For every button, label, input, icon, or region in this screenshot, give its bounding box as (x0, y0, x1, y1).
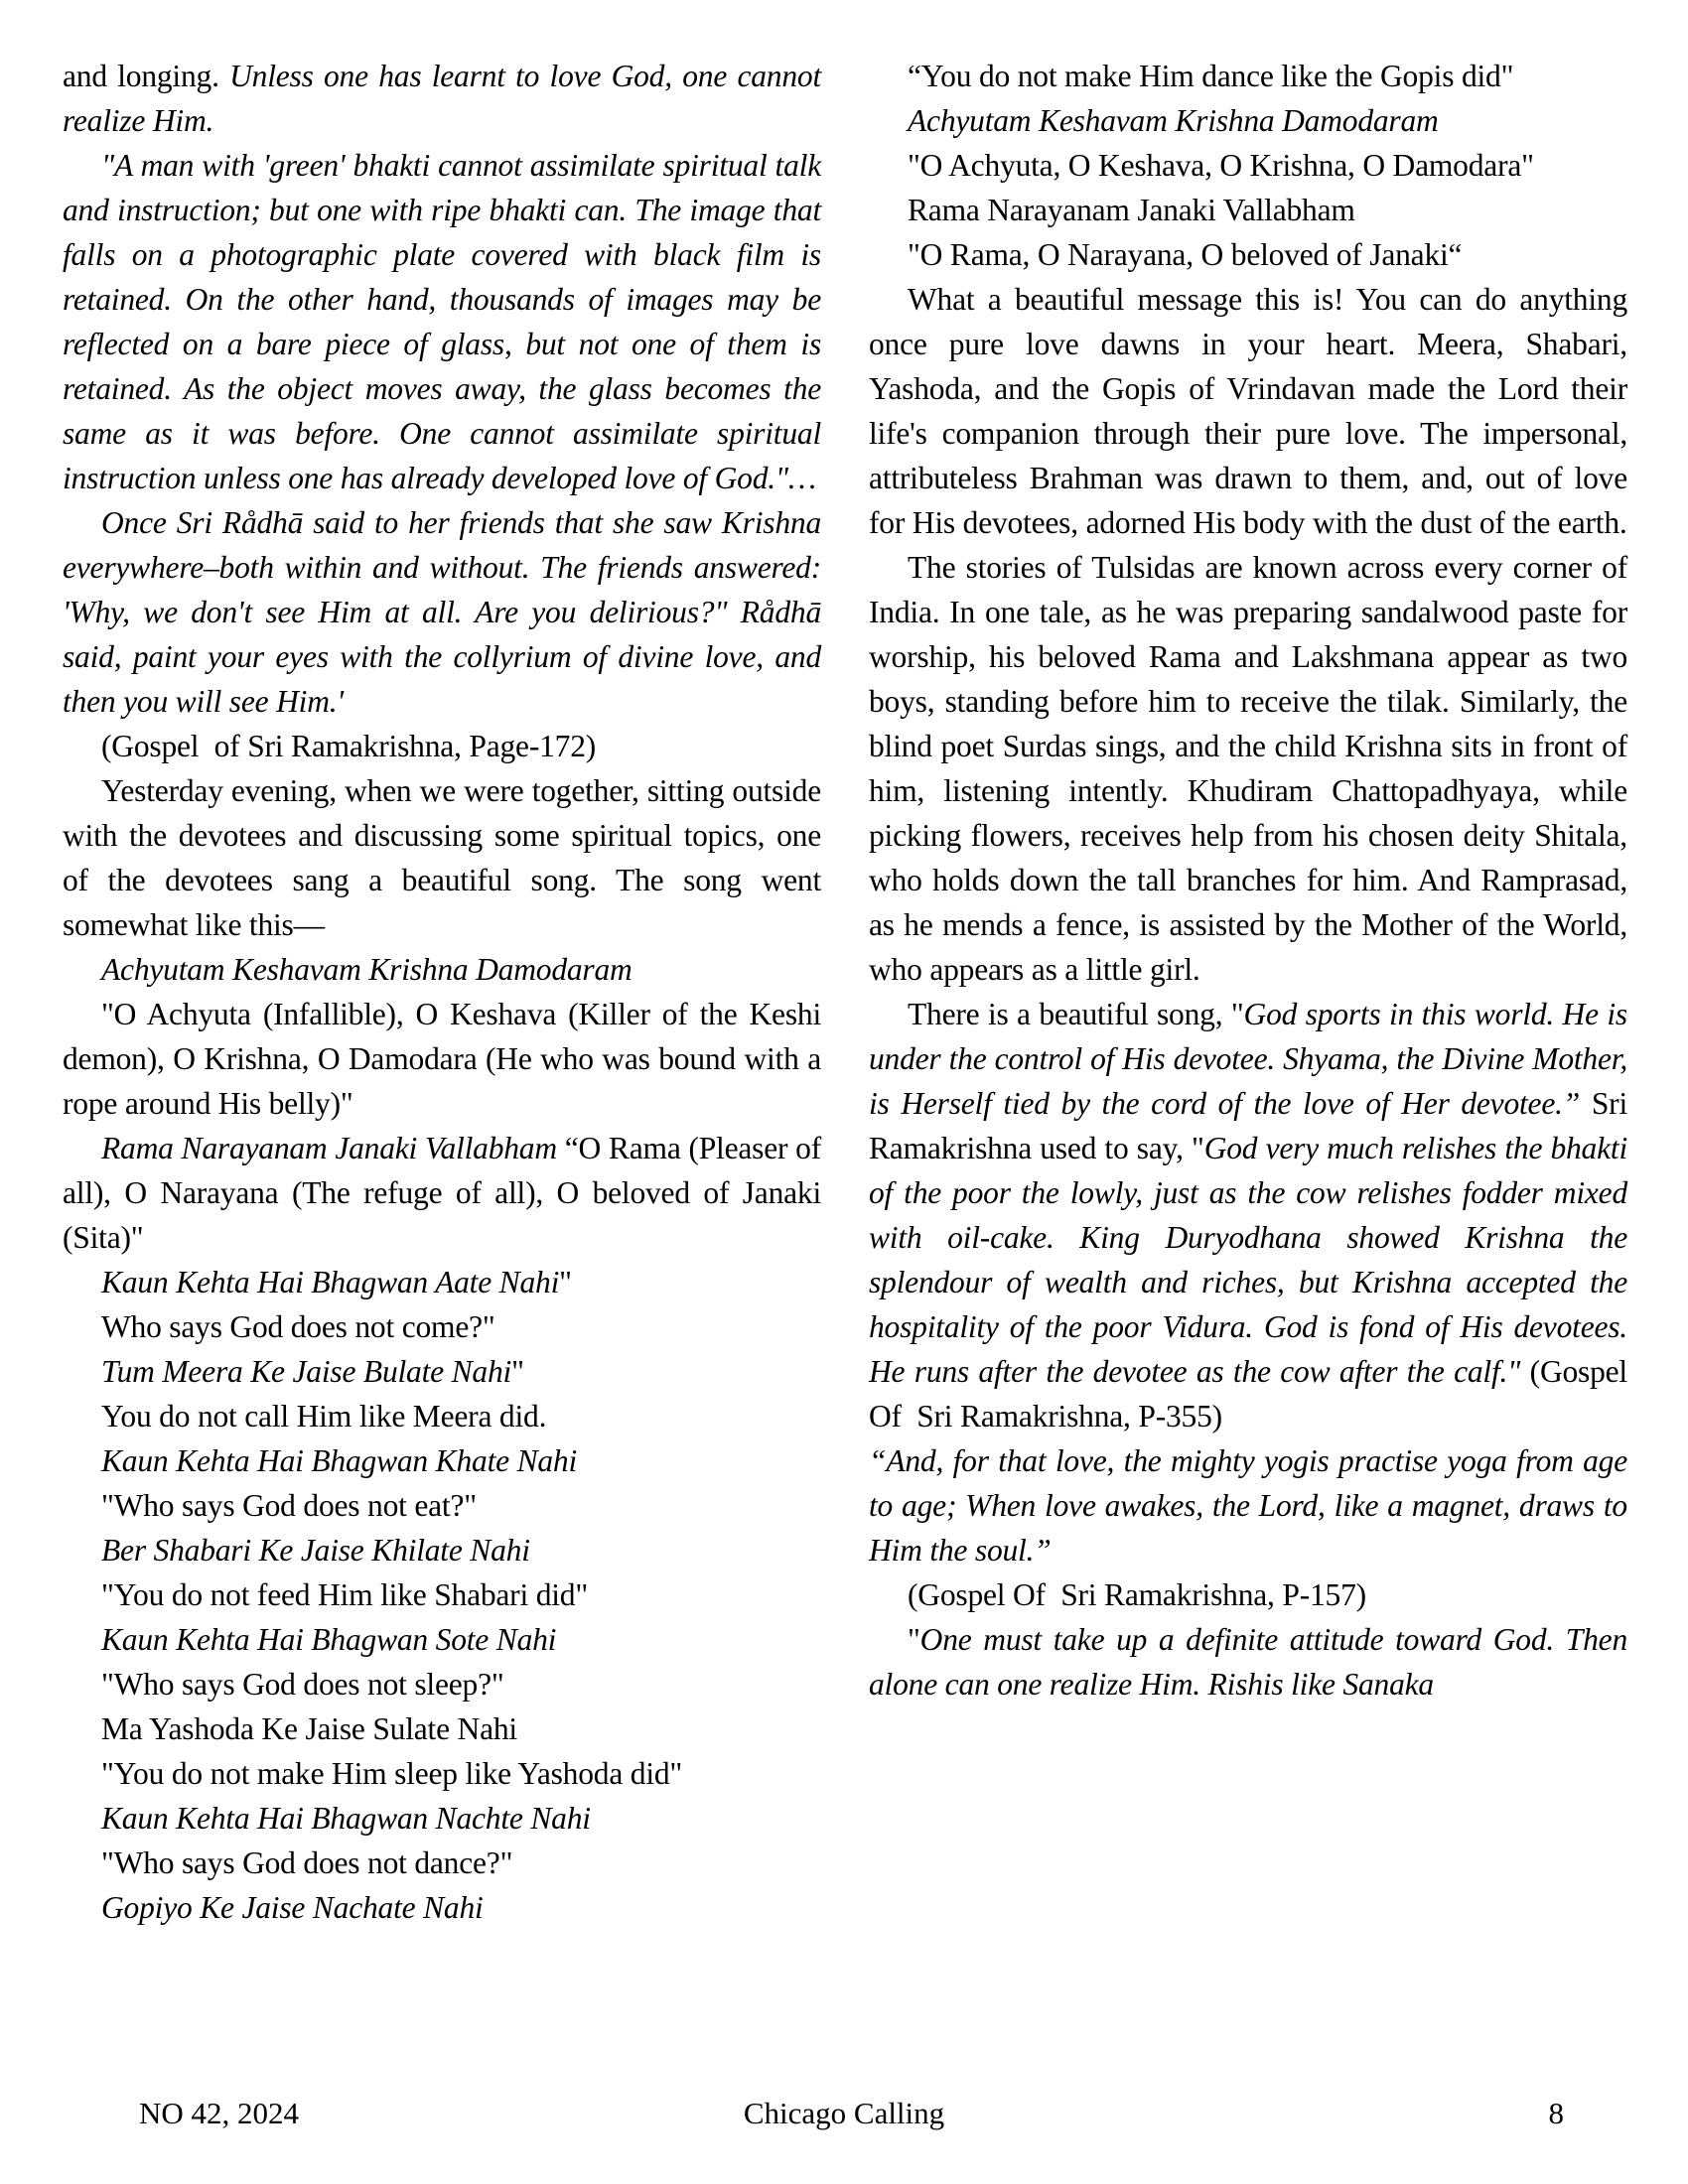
paragraph: (Gospel Of Sri Ramakrishna, P-157) (869, 1572, 1627, 1617)
paragraph: "One must take up a definite attitude to… (869, 1617, 1627, 1706)
text-segment: " (511, 1354, 524, 1389)
paragraph: "A man with 'green' bhakti cannot assimi… (63, 143, 821, 500)
paragraph: (Gospel of Sri Ramakrishna, Page-172) (63, 724, 821, 768)
text-segment: You do not call Him like Meera did. (101, 1399, 546, 1433)
italic-text-segment: Kaun Kehta Hai Bhagwan Nachte Nahi (101, 1801, 591, 1836)
italic-text-segment: God very much relishes the bhakti of the… (869, 1131, 1627, 1389)
italic-text-segment: Rama Narayanam Janaki Vallabham (101, 1131, 557, 1165)
paragraph: Ber Shabari Ke Jaise Khilate Nahi (63, 1528, 821, 1572)
paragraph: Rama Narayanam Janaki Vallabham (869, 188, 1627, 232)
text-segment: "Who says God does not sleep?" (101, 1667, 504, 1702)
paragraph: "O Achyuta, O Keshava, O Krishna, O Damo… (869, 143, 1627, 188)
text-segment: "You do not feed Him like Shabari did" (101, 1577, 588, 1612)
two-column-text-area: and longing. Unless one has learnt to lo… (63, 54, 1628, 1930)
paragraph: Once Sri Rådhā said to her friends that … (63, 500, 821, 724)
paragraph: Kaun Kehta Hai Bhagwan Aate Nahi" (63, 1260, 821, 1304)
text-segment: The stories of Tulsidas are known across… (869, 550, 1627, 987)
paragraph: "Who says God does not eat?" (63, 1483, 821, 1528)
paragraph: "Who says God does not sleep?" (63, 1662, 821, 1706)
italic-text-segment: Kaun Kehta Hai Bhagwan Sote Nahi (101, 1622, 556, 1657)
paragraph: "O Achyuta (Infallible), O Keshava (Kill… (63, 992, 821, 1126)
text-segment: (Gospel Of Sri Ramakrishna, P-157) (908, 1577, 1366, 1612)
paragraph: You do not call Him like Meera did. (63, 1394, 821, 1438)
paragraph: Achyutam Keshavam Krishna Damodaram (63, 947, 821, 992)
italic-text-segment: Tum Meera Ke Jaise Bulate Nahi (101, 1354, 511, 1389)
text-segment: "O Rama, O Narayana, O beloved of Janaki… (908, 237, 1462, 272)
text-segment: "Who says God does not eat?" (101, 1488, 477, 1523)
paragraph: "Who says God does not dance?" (63, 1841, 821, 1885)
text-segment: What a beautiful message this is! You ca… (869, 282, 1627, 540)
text-segment: " (908, 1622, 920, 1657)
footer-publication-title: Chicago Calling (0, 2091, 1688, 2135)
text-segment: Ma Yashoda Ke Jaise Sulate Nahi (101, 1711, 517, 1746)
italic-text-segment: Ber Shabari Ke Jaise Khilate Nahi (101, 1533, 530, 1568)
paragraph: Who says God does not come?" (63, 1304, 821, 1349)
paragraph: Kaun Kehta Hai Bhagwan Khate Nahi (63, 1438, 821, 1483)
paragraph: Achyutam Keshavam Krishna Damodaram (869, 98, 1627, 143)
paragraph: Kaun Kehta Hai Bhagwan Sote Nahi (63, 1617, 821, 1662)
text-column-left: and longing. Unless one has learnt to lo… (63, 54, 821, 1930)
paragraph: “And, for that love, the mighty yogis pr… (869, 1438, 1627, 1572)
paragraph: What a beautiful message this is! You ca… (869, 277, 1627, 545)
paragraph: Yesterday evening, when we were together… (63, 768, 821, 947)
paragraph: “You do not make Him dance like the Gopi… (869, 54, 1627, 98)
italic-text-segment: Kaun Kehta Hai Bhagwan Khate Nahi (101, 1443, 577, 1478)
paragraph: The stories of Tulsidas are known across… (869, 545, 1627, 992)
text-segment: and longing. (63, 59, 229, 93)
paragraph: "You do not feed Him like Shabari did" (63, 1572, 821, 1617)
page-footer: NO 42, 2024 Chicago Calling 8 (0, 2091, 1688, 2140)
text-segment: " (559, 1265, 572, 1299)
italic-text-segment: Kaun Kehta Hai Bhagwan Aate Nahi (101, 1265, 559, 1299)
text-segment: "Who says God does not dance?" (101, 1845, 512, 1880)
text-column-right: “You do not make Him dance like the Gopi… (869, 54, 1627, 1930)
paragraph: Tum Meera Ke Jaise Bulate Nahi" (63, 1349, 821, 1394)
text-segment: Yesterday evening, when we were together… (63, 773, 821, 942)
text-segment: There is a beautiful song, " (908, 997, 1244, 1031)
italic-text-segment: Gopiyo Ke Jaise Nachate Nahi (101, 1890, 484, 1925)
italic-text-segment: One must take up a definite attitude tow… (869, 1622, 1627, 1702)
paragraph: Kaun Kehta Hai Bhagwan Nachte Nahi (63, 1796, 821, 1841)
italic-text-segment: Once Sri Rådhā said to her friends that … (63, 505, 821, 719)
italic-text-segment: Achyutam Keshavam Krishna Damodaram (101, 952, 633, 987)
italic-text-segment: “And, for that love, the mighty yogis pr… (869, 1443, 1627, 1568)
paragraph: and longing. Unless one has learnt to lo… (63, 54, 821, 143)
text-segment: Who says God does not come?" (101, 1309, 495, 1344)
text-segment: (Gospel of Sri Ramakrishna, Page-172) (101, 729, 596, 763)
paragraph: "O Rama, O Narayana, O beloved of Janaki… (869, 232, 1627, 277)
text-segment: “You do not make Him dance like the Gopi… (908, 59, 1513, 93)
italic-text-segment: "A man with 'green' bhakti cannot assimi… (63, 148, 821, 495)
paragraph: Rama Narayanam Janaki Vallabham “O Rama … (63, 1126, 821, 1260)
paragraph: "You do not make Him sleep like Yashoda … (63, 1751, 821, 1796)
paragraph: There is a beautiful song, "God sports i… (869, 992, 1627, 1438)
paragraph: Gopiyo Ke Jaise Nachate Nahi (63, 1885, 821, 1930)
italic-text-segment: Achyutam Keshavam Krishna Damodaram (908, 103, 1439, 138)
footer-page-number: 8 (1549, 2091, 1565, 2135)
text-segment: Rama Narayanam Janaki Vallabham (908, 193, 1355, 227)
text-segment: "O Achyuta (Infallible), O Keshava (Kill… (63, 997, 821, 1121)
text-segment: "You do not make Him sleep like Yashoda … (101, 1756, 682, 1791)
text-segment: "O Achyuta, O Keshava, O Krishna, O Damo… (908, 148, 1534, 183)
paragraph: Ma Yashoda Ke Jaise Sulate Nahi (63, 1706, 821, 1751)
